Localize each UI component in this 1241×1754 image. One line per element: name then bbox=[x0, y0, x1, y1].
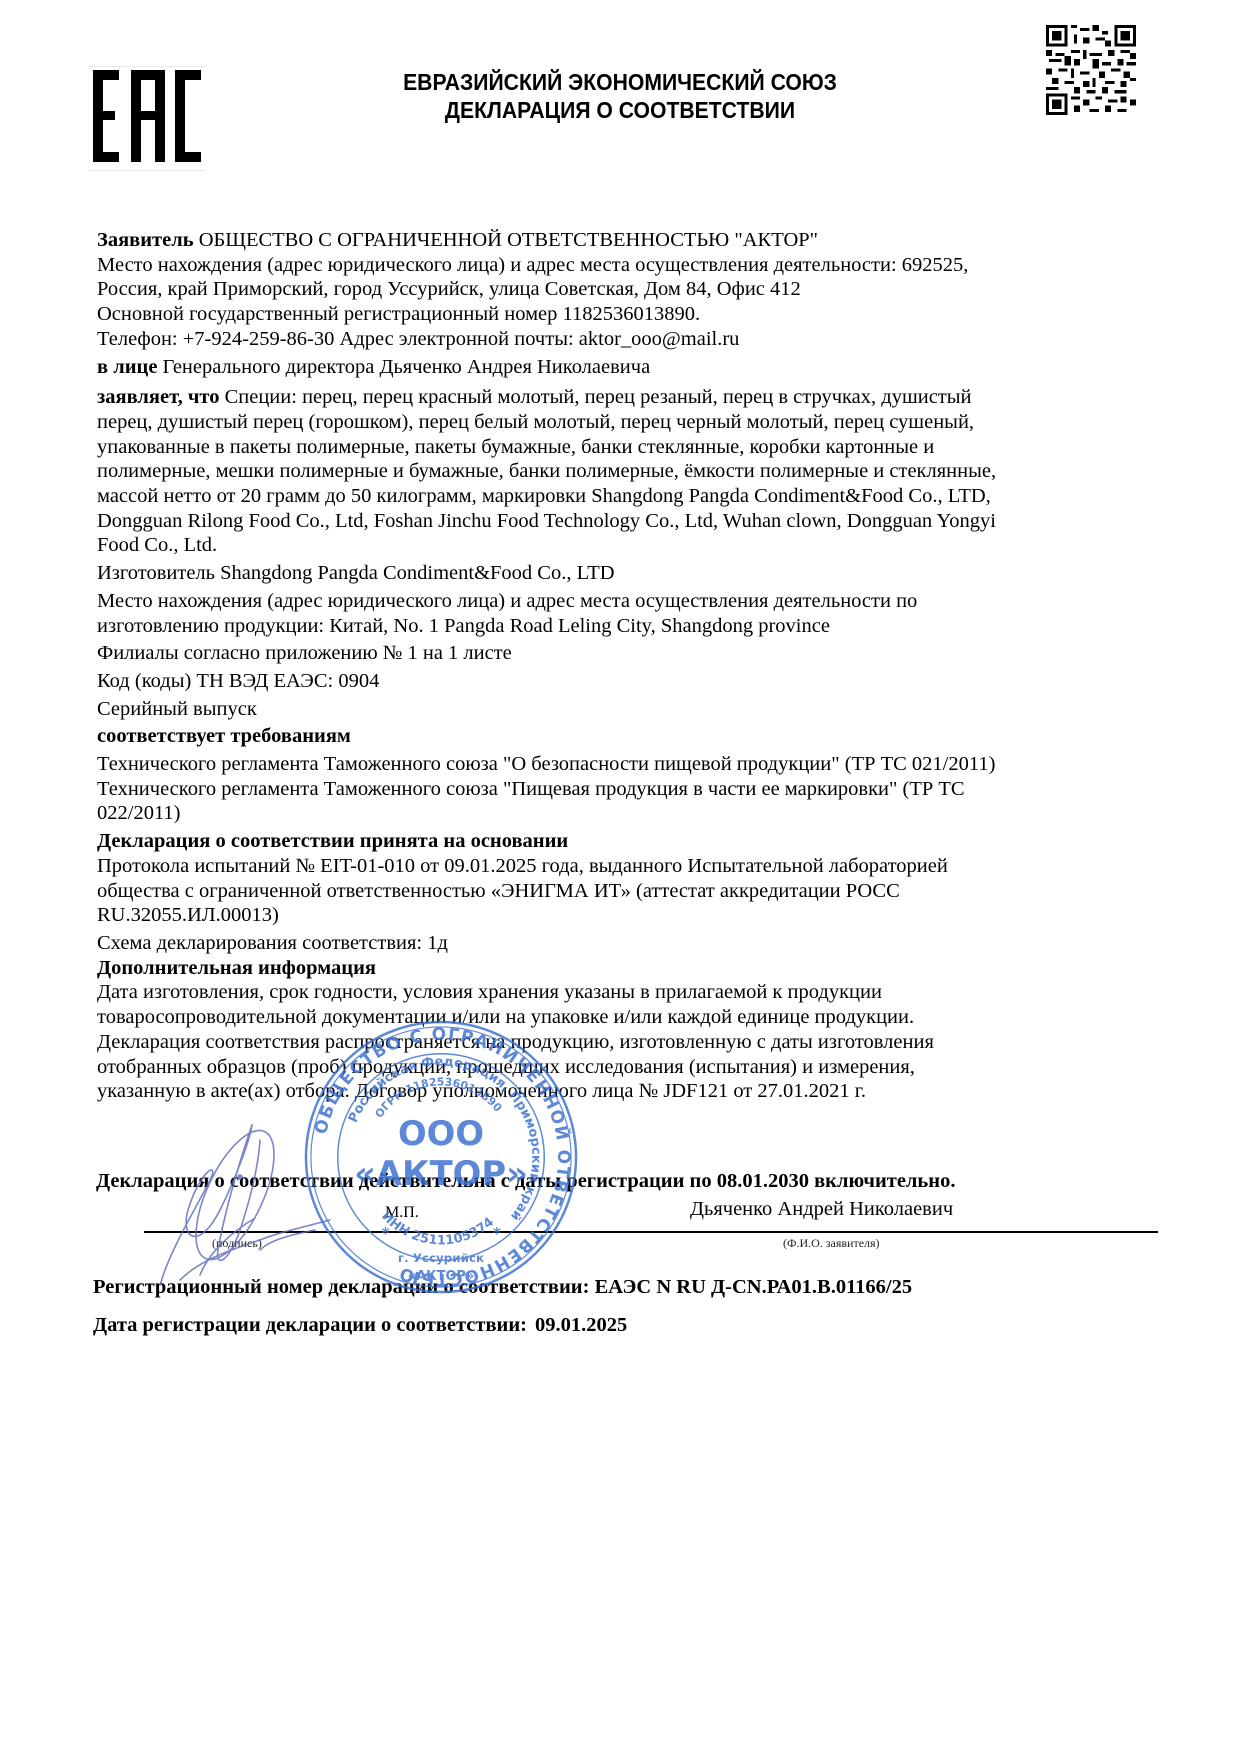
hs-code-line: Код (коды) ТН ВЭД ЕАЭС: 0904 bbox=[97, 669, 1157, 694]
applicant-name: ОБЩЕСТВО С ОГРАНИЧЕННОЙ ОТВЕТСТВЕННОСТЬЮ… bbox=[199, 229, 818, 251]
registration-number-line: Регистрационный номер декларации о соотв… bbox=[93, 1276, 912, 1299]
registration-date: 09.01.2025 bbox=[535, 1314, 627, 1336]
registration-number-label: Регистрационный номер декларации о соотв… bbox=[93, 1276, 589, 1298]
additional-line-3: отобранных образцов (проб) продукции, пр… bbox=[97, 1055, 1157, 1080]
product-line-4: массой нетто от 20 грамм до 50 килограмм… bbox=[97, 484, 1157, 509]
manufacturer-line: Изготовитель Shangdong Pangda Condiment&… bbox=[97, 561, 1157, 586]
represented-by: Генерального директора Дьяченко Андрея Н… bbox=[163, 356, 651, 378]
applicant-ogrn: Основной государственный регистрационный… bbox=[97, 302, 1157, 327]
fio-caption: (Ф.И.О. заявителя) bbox=[783, 1236, 880, 1251]
compliance-line-0: Технического регламента Таможенного союз… bbox=[97, 752, 1157, 777]
basis-line-1: общества с ограниченной ответственностью… bbox=[97, 879, 1157, 904]
registration-date-label: Дата регистрации декларации о соответств… bbox=[93, 1314, 527, 1336]
svg-text:г. Уссурийск: г. Уссурийск bbox=[398, 1251, 484, 1265]
additional-line-4: указанную в акте(ах) отбора. Договор упо… bbox=[97, 1079, 1157, 1104]
applicant-contacts: Телефон: +7-924-259-86-30 Адрес электрон… bbox=[97, 327, 1157, 352]
basis-line-0: Протокола испытаний № EIT-01-010 от 09.0… bbox=[97, 854, 1157, 879]
product-line-5: Dongguan Rilong Food Co., Ltd, Foshan Ji… bbox=[97, 509, 1157, 534]
compliance-line-2: 022/2011) bbox=[97, 801, 1157, 826]
signature-caption: (подпись) bbox=[212, 1236, 262, 1251]
declares-label: заявляет, что bbox=[97, 386, 219, 408]
applicant-signatory-name: Дьяченко Андрей Николаевич bbox=[690, 1198, 953, 1221]
represented-line: в лице Генерального директора Дьяченко А… bbox=[97, 355, 1157, 380]
manufacturer-address-1: Место нахождения (адрес юридического лиц… bbox=[97, 589, 1157, 614]
applicant-address-2: Россия, край Приморский, город Уссурийск… bbox=[97, 277, 1157, 302]
product-line-0: заявляет, что Специи: перец, перец красн… bbox=[97, 385, 1157, 410]
declaration-page: ЕВРАЗИЙСКИЙ ЭКОНОМИЧЕСКИЙ СОЮЗ ДЕКЛАРАЦИ… bbox=[0, 0, 1241, 1754]
additional-heading: Дополнительная информация bbox=[97, 956, 1157, 981]
additional-line-1: товаросопроводительной документации и/ил… bbox=[97, 1005, 1157, 1030]
title-declaration: ДЕКЛАРАЦИЯ О СООТВЕТСТВИИ bbox=[326, 96, 915, 124]
compliance-heading: соответствует требованиям bbox=[97, 724, 1157, 749]
applicant-line: Заявитель ОБЩЕСТВО С ОГРАНИЧЕННОЙ ОТВЕТС… bbox=[97, 228, 1157, 253]
product-line-3: полимерные, мешки полимерные и бумажные,… bbox=[97, 459, 1157, 484]
additional-line-2: Декларация соответствия распространяется… bbox=[97, 1030, 1157, 1055]
svg-text:ООО: ООО bbox=[398, 1114, 484, 1153]
signature-line bbox=[144, 1231, 1158, 1233]
declaration-body: Заявитель ОБЩЕСТВО С ОГРАНИЧЕННОЙ ОТВЕТС… bbox=[97, 228, 1157, 1104]
eac-mark-icon bbox=[89, 66, 205, 172]
registration-date-line: Дата регистрации декларации о соответств… bbox=[93, 1314, 627, 1337]
validity-statement: Декларация о соответствии действительна … bbox=[96, 1170, 955, 1193]
handwritten-signature-icon bbox=[140, 1100, 340, 1300]
title-union: ЕВРАЗИЙСКИЙ ЭКОНОМИЧЕСКИЙ СОЮЗ bbox=[326, 68, 915, 96]
additional-line-0: Дата изготовления, срок годности, услови… bbox=[97, 980, 1157, 1005]
branches-line: Филиалы согласно приложению № 1 на 1 лис… bbox=[97, 641, 1157, 666]
release-type-line: Серийный выпуск bbox=[97, 697, 1157, 722]
seal-place-label: М.П. bbox=[385, 1204, 419, 1222]
product-line-1: перец, душистый перец (горошком), перец … bbox=[97, 410, 1157, 435]
document-title: ЕВРАЗИЙСКИЙ ЭКОНОМИЧЕСКИЙ СОЮЗ ДЕКЛАРАЦИ… bbox=[326, 68, 915, 124]
manufacturer-address-2: изготовлению продукции: Китай, No. 1 Pan… bbox=[97, 614, 1157, 639]
compliance-line-1: Технического регламента Таможенного союз… bbox=[97, 777, 1157, 802]
applicant-label: Заявитель bbox=[97, 229, 194, 251]
qr-code-icon bbox=[1046, 25, 1136, 115]
applicant-address-1: Место нахождения (адрес юридического лиц… bbox=[97, 253, 1157, 278]
product-line-6: Food Co., Ltd. bbox=[97, 533, 1157, 558]
scheme-line: Схема декларирования соответствия: 1д bbox=[97, 931, 1157, 956]
represented-label: в лице bbox=[97, 356, 157, 378]
registration-number: ЕАЭС N RU Д-CN.РА01.В.01166/25 bbox=[595, 1276, 913, 1298]
basis-heading: Декларация о соответствии принята на осн… bbox=[97, 829, 1157, 854]
eac-logo bbox=[89, 66, 205, 172]
product-line-2: упакованные в пакеты полимерные, пакеты … bbox=[97, 435, 1157, 460]
basis-line-2: RU.32055.ИЛ.00013) bbox=[97, 903, 1157, 928]
